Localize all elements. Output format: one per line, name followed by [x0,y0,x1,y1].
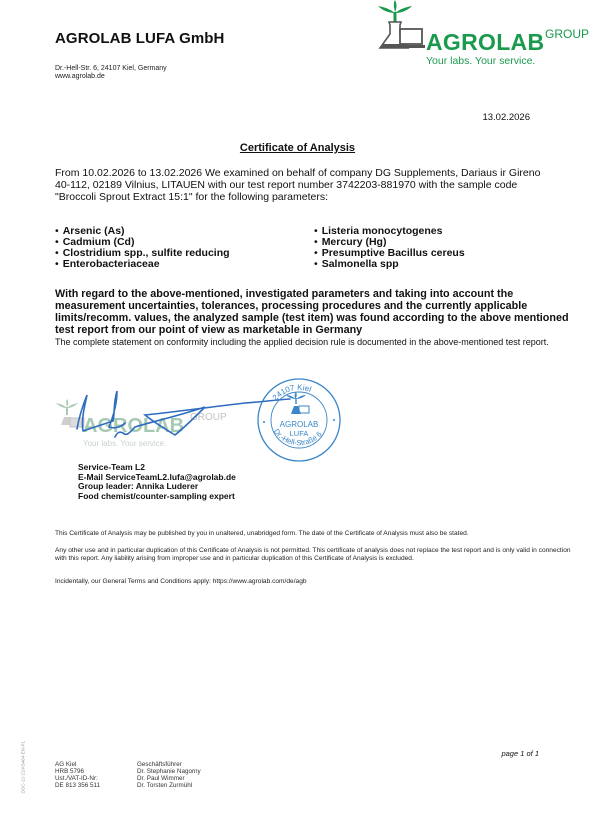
address-line: Dr.-Hell-Str. 6, 24107 Kiel, Germany [55,65,167,73]
logo-tagline: Your labs. Your service. [426,55,535,67]
document-code: DOC-12-21/AS464-EN-P1 [21,724,26,794]
conformity-note: The complete statement on conformity inc… [55,337,575,348]
document-date: 13.02.2026 [482,112,530,123]
contact-block: Service-Team L2 E-Mail ServiceTeamL2.luf… [78,463,236,501]
intro-paragraph: From 10.02.2026 to 13.02.2026 We examine… [55,167,555,203]
terms-note: Incidentally, our General Terms and Cond… [55,578,575,586]
company-address: Dr.-Hell-Str. 6, 24107 Kiel, Germany www… [55,65,167,81]
logo-wordmark: AGROLAB [426,29,544,56]
leader-role: Food chemist/counter-sampling expert [78,492,236,502]
duplication-note: Any other use and in particular duplicat… [55,547,575,563]
footer-line: HRB 5796 [55,768,100,775]
page-title: Certificate of Analysis [0,142,595,154]
footer-line: Ust./VAT-ID-Nr: [55,775,100,782]
footer-line: DE 813 356 511 [55,782,100,789]
website-link[interactable]: www.agrolab.de [55,73,167,81]
stamp-line-1: AGROLAB [280,420,319,429]
conclusion-statement: With regard to the above-mentioned, inve… [55,288,575,336]
footer-management: Geschäftsführer Dr. Stephanie Nagorny Dr… [137,761,201,789]
agrolab-group-logo: AGROLAB GROUP Your labs. Your service. [364,0,594,75]
footer-line: Dr. Paul Wimmer [137,775,201,782]
footer-line: Geschäftsführer [137,761,201,768]
logo-group-label: GROUP [545,27,589,41]
footer-line: AG Kiel [55,761,100,768]
footer-line: Dr. Torsten Zurmühl [137,782,201,789]
footer-registry: AG Kiel HRB 5796 Ust./VAT-ID-Nr: DE 813 … [55,761,100,789]
parameter-list: Arsenic (As) Listeria monocytogenes Cadm… [55,226,555,270]
company-name: AGROLAB LUFA GmbH [55,30,224,47]
parameter-item: Salmonella spp [314,259,555,270]
footer-line: Dr. Stephanie Nagorny [137,768,201,775]
parameter-item: Enterobacteriaceae [55,259,314,270]
page-number: page 1 of 1 [501,749,539,758]
plant-flask-laptop-icon [364,0,426,52]
stamp-line-2: LUFA [290,429,309,438]
publication-note: This Certificate of Analysis may be publ… [55,530,575,538]
company-stamp: 24107 Kiel Dr.-Hell-Straße 6 AGROLAB LUF… [255,376,343,464]
